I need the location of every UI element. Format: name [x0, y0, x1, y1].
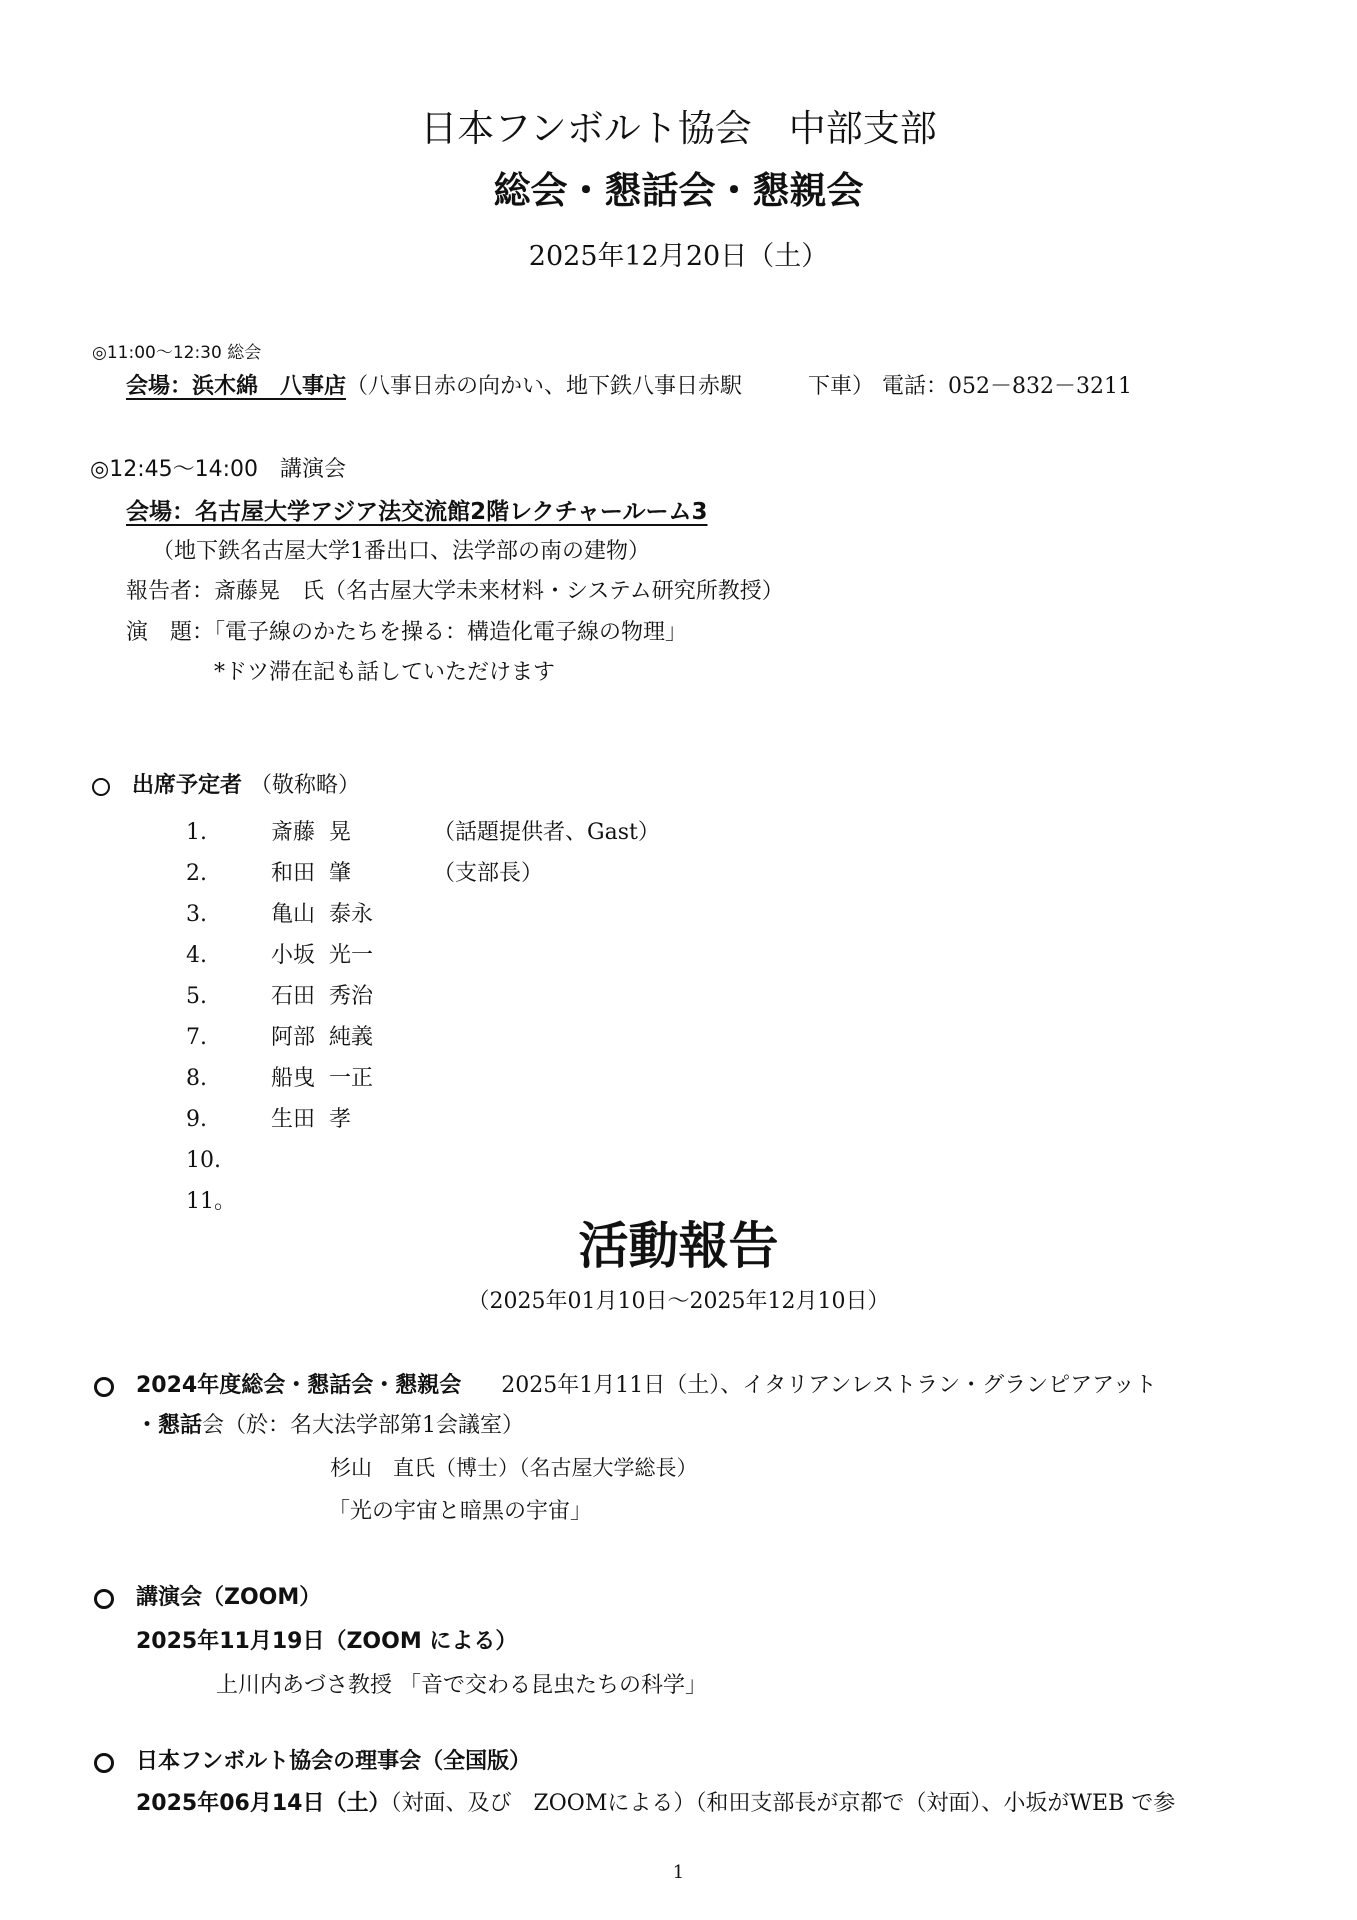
lecture-note: *ドツ滞在記も話していただけます	[214, 655, 555, 686]
activity-section-3-date: 2025年06月14日（土）	[136, 1791, 390, 1816]
general-meeting-venue: 会場：浜木綿 八事店	[126, 374, 346, 399]
activity-section-1-heading-line: 2024年度総会・懇話会・懇親会2025年1月11日（土）、イタリアンレストラン…	[94, 1368, 1157, 1399]
activity-section-3-detail: （対面、及び ZOOMによる）（和田支部長が京都で（対面）、小坂がWEB で参	[390, 1791, 1175, 1816]
activity-section-1-sub: ・懇話会（於：名大法学部第1会議室）	[136, 1408, 524, 1439]
attendee-row: 10.	[186, 1140, 660, 1181]
circle-bullet-icon	[92, 778, 110, 796]
activity-report-period: （2025年01月10日～2025年12月10日）	[0, 1284, 1357, 1315]
event-date: 2025年12月20日（土）	[0, 234, 1357, 273]
attendee-row: 4.小坂光一	[186, 935, 660, 976]
page-number: 1	[0, 1862, 1357, 1883]
activity-section-3-heading-line: 日本フンボルト協会の理事会（全国版）	[94, 1744, 531, 1775]
event-title: 総会・懇話会・懇親会	[0, 160, 1357, 214]
activity-section-2-heading-line: 講演会（ZOOM）	[94, 1580, 321, 1611]
attendee-list: 1.斎藤晃（話題提供者、Gast） 2.和田肇（支部長） 3.亀山泰永 4.小坂…	[186, 812, 660, 1222]
lecture-time: ◎12:45～14:00 講演会	[90, 452, 346, 483]
activity-section-3-heading: 日本フンボルト協会の理事会（全国版）	[136, 1749, 531, 1774]
lecture-venue: 会場：名古屋大学アジア法交流館2階レクチャールーム3	[126, 493, 707, 526]
activity-section-1-speaker: 杉山 直氏（博士）（名古屋大学総長）	[330, 1452, 698, 1482]
lecture-venue-note: （地下鉄名古屋大学1番出口、法学部の南の建物）	[152, 534, 650, 565]
general-meeting-venue-line: 会場：浜木綿 八事店（八事日赤の向かい、地下鉄八事日赤駅 下車）電話：052－8…	[126, 369, 1132, 400]
attendees-heading-line: 出席予定者（敬称略）	[92, 768, 360, 799]
attendee-row: 9.生田孝	[186, 1099, 660, 1140]
attendees-heading: 出席予定者	[132, 773, 242, 798]
circle-bullet-icon	[94, 1377, 114, 1397]
activity-section-1-detail: 2025年1月11日（土）、イタリアンレストラン・グランピアアット	[501, 1373, 1156, 1398]
activity-section-2-date: 2025年11月19日（ZOOM による）	[136, 1624, 517, 1655]
activity-section-1-talk: 「光の宇宙と暗黒の宇宙」	[328, 1494, 592, 1525]
activity-section-2-heading: 講演会（ZOOM）	[136, 1585, 321, 1610]
circle-bullet-icon	[94, 1589, 114, 1609]
attendee-row: 2.和田肇（支部長）	[186, 853, 660, 894]
attendees-heading-note: （敬称略）	[250, 773, 360, 798]
lecture-title: 演 題：「電子線のかたちを操る：構造化電子線の物理」	[126, 615, 687, 646]
activity-section-2-talk: 上川内あづさ教授 「音で交わる昆虫たちの科学」	[216, 1668, 707, 1699]
org-title: 日本フンボルト協会 中部支部	[0, 98, 1357, 152]
general-meeting-venue-note: （八事日赤の向かい、地下鉄八事日赤駅 下車）	[346, 374, 874, 399]
attendee-row: 8.船曳一正	[186, 1058, 660, 1099]
activity-report-title: 活動報告	[0, 1206, 1357, 1278]
attendee-row: 1.斎藤晃（話題提供者、Gast）	[186, 812, 660, 853]
circle-bullet-icon	[94, 1753, 114, 1773]
activity-section-1-heading: 2024年度総会・懇話会・懇親会	[136, 1373, 461, 1398]
general-meeting-phone: 電話：052－832－3211	[882, 374, 1132, 399]
activity-section-3-date-line: 2025年06月14日（土）（対面、及び ZOOMによる）（和田支部長が京都で（…	[136, 1786, 1175, 1817]
attendee-row: 3.亀山泰永	[186, 894, 660, 935]
general-meeting-time: ◎11:00～12:30 総会	[92, 338, 261, 363]
attendee-row: 7.阿部純義	[186, 1017, 660, 1058]
lecture-speaker: 報告者：斎藤晃 氏（名古屋大学未来材料・システム研究所教授）	[126, 574, 784, 605]
attendee-row: 5.石田秀治	[186, 976, 660, 1017]
